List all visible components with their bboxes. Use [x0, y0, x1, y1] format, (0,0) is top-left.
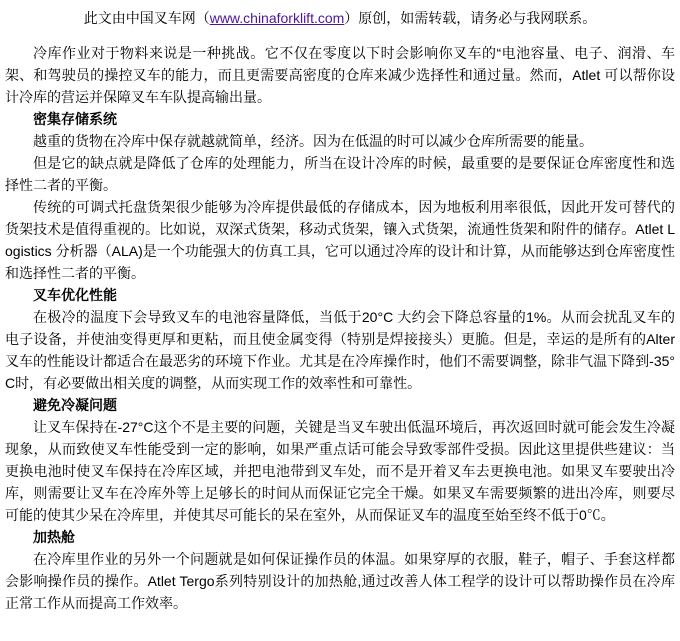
paragraph: 传统的可调式托盘货架很少能够为冷库提供最低的存储成本，因为地板利用率很低，因此开…: [5, 196, 675, 284]
section-truck-performance: 叉车优化性能 在极冷的温度下会导致叉车的电池容量降低，当低于20°C 大约会下降…: [5, 284, 675, 394]
section-condensation: 避免冷凝问题 让叉车保持在-27°C这个不是主要的问题，关键是当叉车驶出低温环境…: [5, 394, 675, 526]
website-link[interactable]: www.chinaforklift.com: [210, 10, 345, 26]
section-heading-truck-performance: 叉车优化性能: [5, 284, 675, 306]
section-dense-storage: 密集存储系统 越重的货物在冷库中保存就越就简单，经济。因为在低温的时可以减少仓库…: [5, 108, 675, 284]
section-heated-cabin: 加热舱 在冷库里作业的另外一个问题就是如何保证操作员的体温。如果穿厚的衣服，鞋子…: [5, 526, 675, 614]
paragraph: 在冷库里作业的另外一个问题就是如何保证操作员的体温。如果穿厚的衣服，鞋子，帽子、…: [5, 548, 675, 614]
attribution-suffix: ）原创，如需转载，请务必与我网联系。: [344, 10, 596, 26]
paragraph: 但是它的缺点就是降低了仓库的处理能力，所当在设计冷库的时候，最重要的是要保证仓库…: [5, 152, 675, 196]
attribution-prefix: 此文由中国叉车网（: [84, 10, 210, 26]
section-heading-condensation: 避免冷凝问题: [5, 394, 675, 416]
section-heading-heated-cabin: 加热舱: [5, 526, 675, 548]
attribution-line: 此文由中国叉车网（www.chinaforklift.com）原创，如需转载，请…: [5, 7, 675, 29]
section-heading-dense-storage: 密集存储系统: [5, 108, 675, 130]
article-page: 此文由中国叉车网（www.chinaforklift.com）原创，如需转载，请…: [0, 0, 680, 622]
paragraph: 越重的货物在冷库中保存就越就简单，经济。因为在低温的时可以减少仓库所需要的能量。: [5, 130, 675, 152]
intro-paragraph: 冷库作业对于物料来说是一种挑战。它不仅在零度以下时会影响你叉车的“电池容量、电子…: [5, 42, 675, 108]
paragraph: 在极冷的温度下会导致叉车的电池容量降低，当低于20°C 大约会下降总容量的1%。…: [5, 306, 675, 394]
paragraph: 让叉车保持在-27°C这个不是主要的问题，关键是当叉车驶出低温环境后，再次返回时…: [5, 416, 675, 526]
